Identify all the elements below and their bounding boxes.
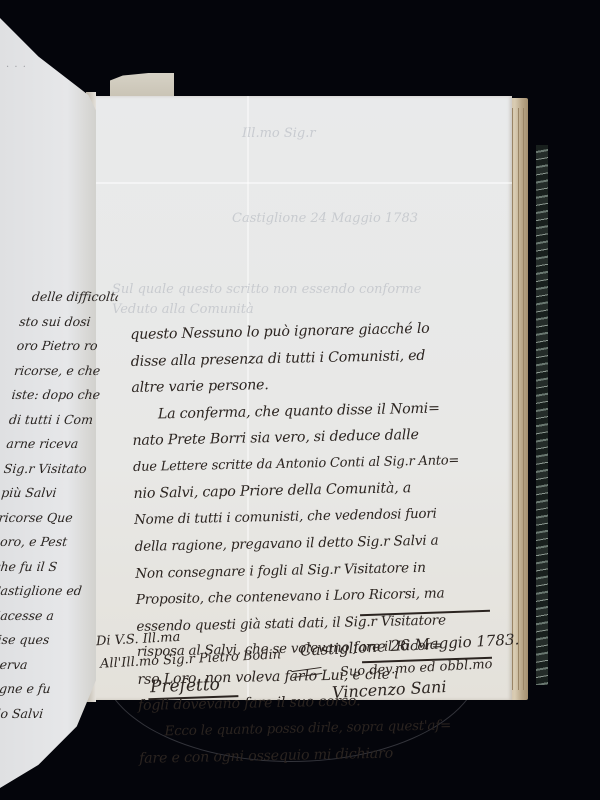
marbled-cover-edge (536, 145, 548, 685)
show-through-text: Sul quale questo scritto non essendo con… (112, 282, 421, 297)
left-line: di tutti i Com (8, 408, 121, 433)
left-line: ricorse Que (0, 506, 110, 531)
left-line: più Salvi (0, 481, 113, 506)
show-through-text: Ill.mo Sig.r (242, 126, 316, 141)
left-line: sto sui dosi (18, 310, 131, 335)
left-line: iste: dopo che (10, 383, 123, 408)
fold-crease-horizontal (92, 182, 512, 184)
left-line: Sig.r Visitato (3, 457, 116, 482)
torn-paper-tab (110, 73, 174, 98)
left-line: delle difficoltà (21, 285, 134, 310)
show-through-text: Veduto alla Comunità (112, 302, 254, 317)
left-line: oro Pietro ro (15, 334, 128, 359)
left-line: arne riceva (5, 432, 118, 457)
show-through-text: Castiglione 24 Maggio 1783 (232, 211, 418, 226)
left-page-faint-header: · · · (6, 62, 66, 74)
addressee-title: Prefetto (150, 675, 221, 697)
letter-body: questo Nessuno lo può ignorare giacché l… (130, 314, 517, 772)
left-line: ricorse, e che (13, 359, 126, 384)
manuscript-photo: Ill.mo Sig.r Castiglione 24 Maggio 1783 … (0, 0, 600, 800)
